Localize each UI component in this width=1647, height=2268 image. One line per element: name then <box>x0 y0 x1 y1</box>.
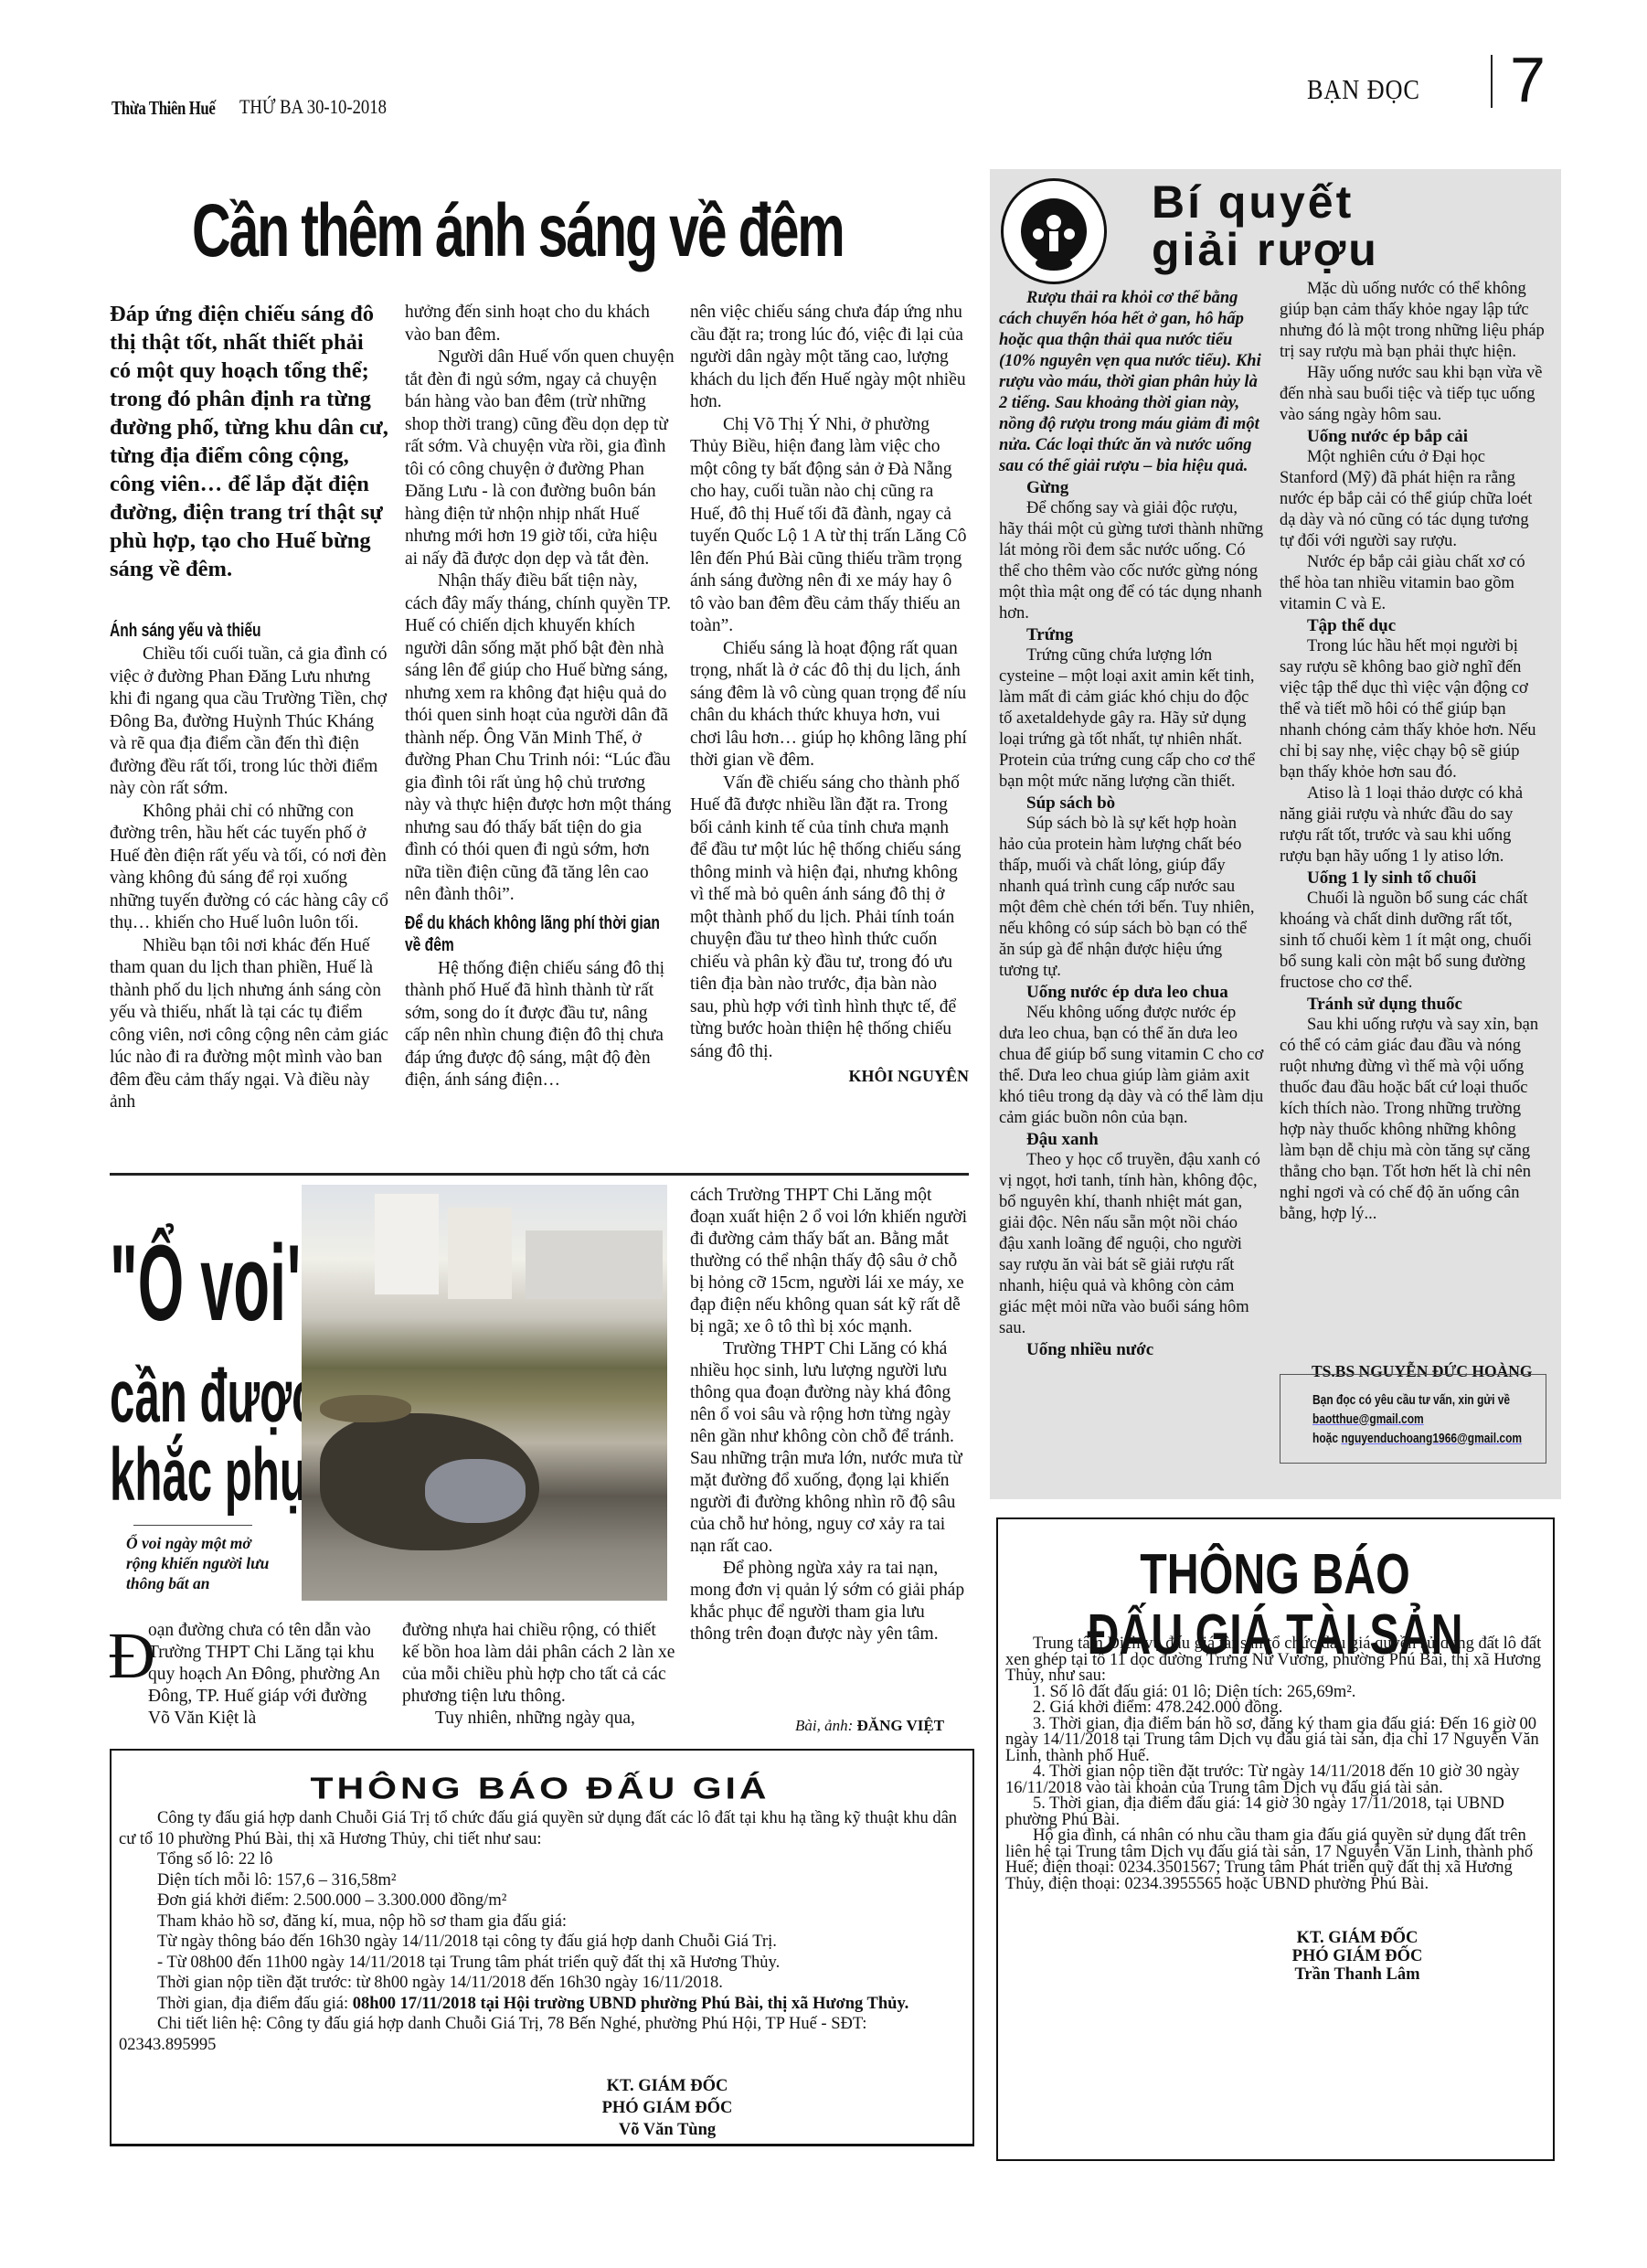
lighting-article-byline: KHÔI NGUYÊN <box>690 1067 969 1086</box>
notice-item: 3. Thời gian, địa điểm bán hồ sơ, đăng k… <box>1005 1717 1545 1765</box>
paragraph: Nhiều bạn tôi nơi khác đến Huế tham quan… <box>110 935 388 1114</box>
auction-notice-right-body: Trung tâm Dịch vụ đấu giá tài sản tổ chứ… <box>1005 1636 1545 1892</box>
paragraph: oạn đường chưa có tên dẫn vào Trường THP… <box>148 1620 386 1730</box>
pothole-title: "Ổ voi" <box>110 1230 314 1337</box>
email-link[interactable]: baotthue@gmail.com <box>1312 1411 1424 1427</box>
auction-notice-left-body: Công ty đấu giá hợp danh Chuỗi Giá Trị t… <box>119 1808 964 2055</box>
paragraph: Nhận thấy điều bất tiện này, cách đây mấ… <box>405 570 675 907</box>
notice-line: Thời gian nộp tiền đặt trước: từ 8h00 ng… <box>119 1973 964 1994</box>
subhead-tourists: Để du khách không lãng phí thời gian về … <box>405 912 669 956</box>
masthead-divider <box>1491 55 1493 108</box>
signature-name: Trần Thanh Lâm <box>1243 1965 1472 1984</box>
paragraph: Sau khi uống rượu và say xỉn, bạn có thể… <box>1280 1015 1545 1225</box>
paragraph: Chị Võ Thị Ý Nhi, ở phường Thủy Biều, hi… <box>690 414 969 638</box>
byline-label: Bài, ảnh: <box>795 1717 853 1734</box>
notice-contact: Chi tiết liên hệ: Công ty đấu giá hợp da… <box>119 2014 964 2055</box>
health-title-line1: Bí quyết <box>1152 178 1379 226</box>
health-heading: Súp sách bò <box>999 793 1264 814</box>
notice-contact: Hộ gia đình, cá nhân có nhu cầu tham gia… <box>1005 1828 1545 1892</box>
notice-title-line1: THÔNG BÁO <box>1057 1545 1493 1605</box>
issue-date: THỨ BA 30-10-2018 <box>239 95 387 119</box>
health-heading: Đậu xanh <box>999 1129 1264 1150</box>
notice-line: Tham khảo hồ sơ, đăng kí, mua, nộp hồ sơ… <box>119 1911 964 1933</box>
notice-line: - Từ 08h00 đến 11h00 ngày 14/11/2018 tại… <box>119 1953 964 1974</box>
paragraph: Trường THPT Chi Lăng có khá nhiều học si… <box>690 1338 969 1558</box>
paragraph: Hệ thống điện chiếu sáng đô thị thành ph… <box>405 958 675 1092</box>
pothole-subtitle: cần được khắc phục <box>110 1358 332 1515</box>
pothole-title-line3: khắc phục <box>110 1436 332 1515</box>
contact-prefix: hoặc <box>1312 1431 1338 1446</box>
signature-title: KT. GIÁM ĐỐC <box>548 2075 786 2097</box>
lighting-article-col3: nên việc chiếu sáng chưa đáp ứng nhu cầu… <box>690 302 969 1086</box>
paragraph: nên việc chiếu sáng chưa đáp ứng nhu cầu… <box>690 302 969 414</box>
notice-line: Diện tích mỗi lô: 157,6 – 316,58m² <box>119 1870 964 1891</box>
health-logo-icon <box>1001 178 1107 284</box>
paragraph: Chiều tối cuối tuần, cả gia đình có việc… <box>110 644 388 801</box>
notice-left-signature: KT. GIÁM ĐỐC PHÓ GIÁM ĐỐC Võ Văn Tùng <box>548 2075 786 2141</box>
notice-item: 5. Thời gian, địa điểm đấu giá: 14 giờ 3… <box>1005 1796 1545 1828</box>
health-heading: Uống nước ép dưa leo chua <box>999 982 1264 1003</box>
lighting-article-lead: Đáp ứng điện chiếu sáng đô thị thật tốt,… <box>110 300 388 583</box>
page-number: 7 <box>1510 48 1546 112</box>
notice-item: 2. Giá khởi điểm: 478.242.000 đồng. <box>1005 1700 1545 1717</box>
auction-notice-left-title: THÔNG BÁO ĐẤU GIÁ <box>110 1771 971 1806</box>
signature-title: PHÓ GIÁM ĐỐC <box>1243 1947 1472 1965</box>
notice-intro: Trung tâm Dịch vụ đấu giá tài sản tổ chứ… <box>1005 1636 1545 1685</box>
paragraph: Không phải chỉ có những con đường trên, … <box>110 801 388 935</box>
pothole-title-line2: cần được <box>110 1358 332 1436</box>
paragraph: Atiso là 1 loại thảo dược có khả năng gi… <box>1280 783 1545 868</box>
health-intro: Rượu thải ra khỏi cơ thể bằng cách chuyể… <box>999 288 1264 477</box>
email-link[interactable]: nguyenduchoang1966@gmail.com <box>1341 1431 1522 1446</box>
paragraph: Nếu không uống được nước ép dưa leo chua… <box>999 1003 1264 1129</box>
pothole-col1: oạn đường chưa có tên dẫn vào Trường THP… <box>148 1620 386 1730</box>
paragraph: hưởng đến sinh hoạt cho du khách vào ban… <box>405 302 675 346</box>
paragraph: Vấn đề chiếu sáng cho thành phố Huế đã đ… <box>690 772 969 1064</box>
paragraph: cách Trường THPT Chi Lăng một đoạn xuất … <box>690 1185 969 1338</box>
notice-line: Tổng số lô: 22 lô <box>119 1849 964 1870</box>
notice-auction-time: Thời gian, địa điểm đấu giá: 08h00 17/11… <box>119 1994 964 2015</box>
pothole-col3: cách Trường THPT Chi Lăng một đoạn xuất … <box>690 1185 969 1645</box>
contact-line: Bạn đọc có yêu cầu tư vấn, xin gửi về <box>1312 1390 1522 1410</box>
notice-line: Từ ngày thông báo đến 16h30 ngày 14/11/2… <box>119 1932 964 1953</box>
paragraph: Để chống say và giải độc rượu, hãy thái … <box>999 498 1264 624</box>
contact-info: Bạn đọc có yêu cầu tư vấn, xin gửi về ba… <box>1312 1390 1522 1448</box>
section-name: BẠN ĐỌC <box>1307 73 1420 106</box>
health-col2: Mặc dù uống nước có thể không giúp bạn c… <box>1280 279 1545 1225</box>
health-heading: Tránh sử dụng thuốc <box>1280 994 1545 1015</box>
paragraph: Một nghiên cứu ở Đại học Stanford (Mỹ) đ… <box>1280 447 1545 552</box>
paragraph: Chiếu sáng là hoạt động rất quan trọng, … <box>690 638 969 772</box>
health-heading: Uống nhiều nước <box>999 1339 1264 1360</box>
photo-caption: Ổ voi ngày một mở rộng khiến người lưu t… <box>126 1533 282 1593</box>
paragraph: Chuối là nguồn bổ sung các chất khoáng v… <box>1280 889 1545 994</box>
health-heading: Uống nước ép bắp cải <box>1280 426 1545 447</box>
health-heading: Uống 1 ly sinh tố chuối <box>1280 868 1545 889</box>
health-title-line2: giải rượu <box>1152 226 1379 273</box>
paragraph: Mặc dù uống nước có thể không giúp bạn c… <box>1280 279 1545 363</box>
health-col1: Rượu thải ra khỏi cơ thể bằng cách chuyể… <box>999 288 1264 1360</box>
lighting-article-col1: Ánh sáng yếu và thiếu Chiều tối cuối tuầ… <box>110 614 388 1114</box>
paragraph: Trong lúc hầu hết mọi người bị say rượu … <box>1280 636 1545 783</box>
newspaper-name: Thừa Thiên Huế <box>112 97 215 120</box>
byline-name: ĐĂNG VIỆT <box>857 1717 945 1734</box>
health-heading: Tập thể dục <box>1280 615 1545 636</box>
notice-line: Đơn giá khởi điểm: 2.500.000 – 3.300.000… <box>119 1890 964 1911</box>
paragraph: Theo y học cổ truyền, đậu xanh có vị ngọ… <box>999 1150 1264 1339</box>
signature-name: Võ Văn Tùng <box>548 2119 786 2141</box>
lighting-article-col2: hưởng đến sinh hoạt cho du khách vào ban… <box>405 302 675 1092</box>
notice-right-signature: KT. GIÁM ĐỐC PHÓ GIÁM ĐỐC Trần Thanh Lâm <box>1243 1929 1472 1984</box>
signature-title: KT. GIÁM ĐỐC <box>1243 1929 1472 1947</box>
notice-intro: Công ty đấu giá hợp danh Chuỗi Giá Trị t… <box>119 1808 964 1849</box>
pothole-photo <box>302 1185 667 1601</box>
health-heading: Gừng <box>999 477 1264 498</box>
paragraph: đường nhựa hai chiều rộng, có thiết kế b… <box>402 1620 676 1708</box>
signature-title: PHÓ GIÁM ĐỐC <box>548 2097 786 2119</box>
notice-item: 4. Thời gian nộp tiền đặt trước: Từ ngày… <box>1005 1764 1545 1796</box>
pothole-byline: Bài, ảnh: ĐĂNG VIỆT <box>795 1717 944 1735</box>
auction-time-value: 08h00 17/11/2018 tại Hội trường UBND phư… <box>353 1995 909 2013</box>
pothole-col2: đường nhựa hai chiều rộng, có thiết kế b… <box>402 1620 676 1730</box>
paragraph: Người dân Huế vốn quen chuyện tắt đèn đi… <box>405 346 675 570</box>
paragraph: Súp sách bò là sự kết hợp hoàn hảo của p… <box>999 814 1264 982</box>
caption-rule <box>133 1525 252 1526</box>
paragraph: Để phòng ngừa xảy ra tai nạn, mong đơn v… <box>690 1558 969 1645</box>
paragraph: Trứng cũng chứa lượng lớn cysteine – một… <box>999 645 1264 793</box>
article-divider <box>110 1173 969 1176</box>
paragraph: Hãy uống nước sau khi bạn vừa về đến nhà… <box>1280 363 1545 426</box>
paragraph: Nước ép bắp cải giàu chất xơ có thể hòa … <box>1280 552 1545 615</box>
health-heading: Trứng <box>999 624 1264 645</box>
subhead-weak-light: Ánh sáng yếu và thiếu <box>110 620 327 642</box>
health-title: Bí quyết giải rượu <box>1152 178 1379 273</box>
paragraph: Tuy nhiên, những ngày qua, <box>402 1708 676 1730</box>
lighting-article-headline: Cần thêm ánh sáng về đêm <box>192 194 758 269</box>
auction-time-label: Thời gian, địa điểm đấu giá: <box>157 1995 348 2013</box>
